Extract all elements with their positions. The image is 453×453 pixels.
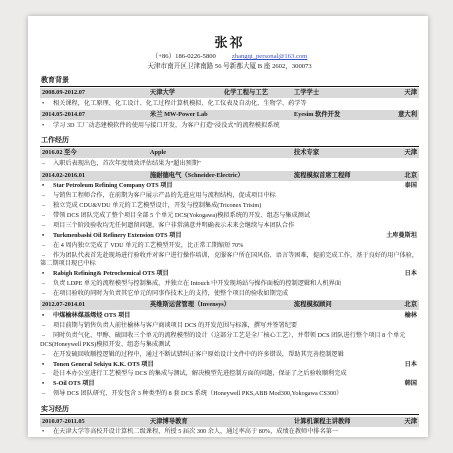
entry-row: 2012.07-2014.01英维斯运营管理（Invensys）流程模拟顾问北京: [40, 300, 419, 310]
entry-location: 天津: [404, 417, 417, 427]
bullet-line: –项目前期与销售负责人前往榆林与客户商谈项目 DCS 的开发范围与标准，撰写并签…: [40, 322, 419, 332]
bullet-line: –入职后表现出色，首次年度绩效评估结果为“超出预期”: [40, 160, 419, 170]
project-location: 榆林: [405, 312, 419, 321]
bullet-icon: •: [40, 312, 53, 321]
bullet-text: 在开发硫回收顺控逻辑的过程中，通过不断试错纠正客户原始设计文件中的许多错误，帮助…: [53, 351, 344, 358]
entry-organization: 施耐德电气（Schneider-Electric）: [150, 171, 244, 181]
project-row: •Tonen General Sekiyu K.K. OTS 项目日本: [40, 360, 419, 370]
bullet-text: 项目三个阶段验收均无任何遗留问题，客户非常满意并明确表示未来会继续与本团队合作: [53, 222, 294, 229]
bullet-icon: •: [40, 270, 53, 279]
entry-date: 2008.09-2012.07: [42, 88, 85, 98]
bullet-icon: •: [40, 380, 53, 389]
entry-organization: 英维斯运营管理（Invensys）: [150, 300, 230, 310]
bullet-icon: –: [40, 322, 53, 331]
entry-organization: Apple: [150, 148, 166, 158]
bullet-icon: •: [40, 361, 53, 370]
project-row: •Rabigh Refining& Petrochemical OTS 项目日本: [40, 270, 419, 280]
contact-line: （+86）186-0226-5800zhangqi_personal@163.c…: [40, 52, 419, 62]
project-location: 泰国: [405, 182, 419, 191]
bullet-icon: –: [40, 290, 53, 299]
bullet-icon: –: [40, 242, 53, 251]
bullet-line: –与销售工程师合作，在前期为客户展示产品的先进应用与流程结构，促成项目中标: [40, 192, 419, 202]
entry-date: 2010.07-2011.05: [42, 417, 85, 427]
entry-organization: 天津博导教育: [150, 417, 188, 427]
bullet-text: 相关课程，化工原理、化工设计、化工过程计算机模拟、化工仪表及自动化、生物学、药学…: [53, 100, 307, 107]
entry-role: 计算机课程主讲教师: [294, 417, 351, 427]
bullet-line: –负责 LDPE 单元的流程模型与控制集成，并独立在 Intouch 中开发现场…: [40, 280, 419, 290]
project-location: 日本: [405, 270, 419, 279]
bullet-line: –在开发硫回收顺控逻辑的过程中，通过不断试错纠正客户原始设计文件中的许多错误，帮…: [40, 350, 419, 360]
entry-location: 天津: [404, 88, 417, 98]
bullet-icon: •: [40, 428, 53, 437]
bullet-icon: –: [40, 351, 53, 360]
entry-location: 天津: [404, 148, 417, 158]
resume-page: 张祁 （+86）186-0226-5800zhangqi_personal@16…: [28, 16, 428, 437]
entry-date: 2014.05-2014.07: [42, 110, 85, 120]
entry-row: 2014.05-2014.07米兰 MW-Power LabEyesim 软件开…: [40, 110, 419, 120]
bullet-line: •学习 3D 工厂动态建模软件的使用与接口开发，为客户打造“浸没式”的流程模拟系…: [40, 121, 419, 131]
entry-location: 北京: [404, 171, 417, 181]
bullet-icon: –: [40, 370, 53, 379]
bullet-text: 领导 DCS 团队研究、开发包含 3 种类型的 8 套 DCS 系统（Honey…: [53, 390, 342, 397]
bullet-line: –领导 DCS 团队研究、开发包含 3 种类型的 8 套 DCS 系统（Hone…: [40, 390, 419, 400]
project-row: •Turkmenbashi Oil Refinery Extension OTS…: [40, 231, 419, 241]
bullet-text: 同时负责气化、甲醇、硫回收三个单元的流程模型的设计（这部分工艺是全厂核心工艺），…: [40, 332, 405, 348]
entry-date: 2016.02 至今: [42, 148, 77, 158]
section-title: 实习经历: [40, 404, 419, 416]
entry-role: 流程模拟首席工程师: [294, 171, 351, 181]
section-title: 教育背景: [40, 75, 419, 87]
project-row: •中煤榆林煤基烯烃 OTS 项目榆林: [40, 312, 419, 322]
bullet-text: 与销售工程师合作，在前期为客户展示产品的先进应用与流程结构，促成项目中标: [53, 192, 276, 199]
bullet-text: 在项目验收的同时为负责其它单元的同事作技术上的支持，使整个项目的验收如期完成: [53, 290, 288, 297]
bullet-line: –项目三个阶段验收均无任何遗留问题，客户非常满意并明确表示未来会继续与本团队合作: [40, 221, 419, 231]
section-title: 工作经历: [40, 135, 419, 147]
project-title: 中煤榆林煤基烯烃 OTS 项目: [53, 312, 405, 321]
email-link[interactable]: zhangqi_personal@163.com: [232, 53, 307, 60]
entry-date: 2012.07-2014.01: [42, 300, 85, 310]
bullet-icon: –: [40, 212, 53, 221]
project-title: Rabigh Refining& Petrochemical OTS 项目: [53, 270, 405, 279]
bullet-text: 学习 3D 工厂动态建模软件的使用与接口开发，为客户打造“浸没式”的流程模拟系统: [53, 122, 280, 129]
bullet-text: 带领 DCS 团队完成了整个项目全部 5 个单元 DCS(Yokogawa)模拟…: [53, 212, 310, 219]
resume-section: 教育背景2008.09-2012.07天津大学化学工程与工艺工学学士天津•相关课…: [40, 75, 419, 131]
bullet-icon: –: [40, 280, 53, 289]
bullet-text: 在天津大学等高校开设计算机二级课程，所授 5 届次 300 余人，通过率高于 8…: [53, 428, 338, 435]
bullet-line: –独立完成 CDU&VDU 单元的工艺模型设计，开发与控制集成(Triconex…: [40, 202, 419, 212]
resume-sections: 教育背景2008.09-2012.07天津大学化学工程与工艺工学学士天津•相关课…: [40, 75, 419, 438]
resume-section: 工作经历2016.02 至今Apple技术专家天津–入职后表现出色，首次年度绩效…: [40, 135, 419, 399]
project-location: 韩国: [405, 380, 419, 389]
bullet-text: 入职后表现出色，首次年度绩效评估结果为“超出预期”: [53, 160, 201, 167]
bullet-line: •相关课程，化工原理、化工设计、化工过程计算机模拟、化工仪表及自动化、生物学、药…: [40, 99, 419, 109]
project-title: Star Petroleum Refining Company OTS 项目: [53, 182, 405, 191]
entry-role: 技术专家: [294, 148, 319, 158]
bullet-text: 独立完成 CDU&VDU 单元的工艺模型设计，开发与控制集成(Triconex …: [53, 202, 261, 209]
bullet-icon: –: [40, 390, 53, 399]
entry-role: 流程模拟顾问: [294, 300, 332, 310]
bullet-icon: –: [40, 202, 53, 211]
bullet-icon: –: [40, 192, 53, 201]
bullet-line: –同时负责气化、甲醇、硫回收三个单元的流程模型的设计（这部分工艺是全厂核心工艺）…: [40, 331, 419, 350]
project-title: Turkmenbashi Oil Refinery Extension OTS …: [53, 232, 386, 241]
project-title: S-Oil OTS 项目: [53, 380, 405, 389]
entry-major: 化学工程与工艺: [224, 88, 268, 98]
entry-row: 2010.07-2011.05天津博导教育计算机课程主讲教师天津: [40, 417, 419, 427]
address-line: 天津市南开区卫津南路 56 号新都大厦 B 座 2602，300073: [40, 62, 419, 72]
bullet-text: 项目前期与销售负责人前往榆林与客户商谈项目 DCS 的开发范围与标准，撰写并签署…: [53, 322, 297, 329]
entry-organization: 天津大学: [150, 88, 175, 98]
bullet-text: 负责 LDPE 单元的流程模型与控制集成，并独立在 Intouch 中开发现场站…: [53, 280, 341, 287]
entry-role: Eyesim 软件开发: [294, 110, 340, 120]
entry-row: 2014.02-2016.01施耐德电气（Schneider-Electric）…: [40, 171, 419, 181]
entry-organization: 米兰 MW-Power Lab: [150, 110, 208, 120]
bullet-text: 在 4 周内独立完成了 VDU 单元的工艺模型开发，比正常工期缩短 70%: [53, 242, 243, 249]
bullet-icon: –: [40, 332, 53, 341]
entry-location: 意大利: [398, 110, 417, 120]
bullet-icon: •: [40, 100, 53, 109]
entry-location: 北京: [404, 300, 417, 310]
bullet-text: 赴日本办公室进行工艺模型与 DCS 的集成与测试，解决模型先进控制方面的问题，保…: [53, 370, 347, 377]
project-title: Tonen General Sekiyu K.K. OTS 项目: [53, 361, 405, 370]
bullet-line: –赴日本办公室进行工艺模型与 DCS 的集成与测试，解决模型先进控制方面的问题，…: [40, 370, 419, 380]
bullet-icon: –: [40, 160, 53, 169]
entry-role: 工学学士: [294, 88, 319, 98]
project-location: 日本: [405, 361, 419, 370]
bullet-icon: –: [40, 222, 53, 231]
bullet-line: –在项目验收的同时为负责其它单元的同事作技术上的支持，使整个项目的验收如期完成: [40, 289, 419, 299]
bullet-icon: •: [40, 232, 53, 241]
phone-number: （+86）186-0226-5800: [152, 53, 216, 60]
bullet-line: –带领 DCS 团队完成了整个项目全部 5 个单元 DCS(Yokogawa)模…: [40, 211, 419, 221]
project-row: •S-Oil OTS 项目韩国: [40, 380, 419, 390]
candidate-name: 张祁: [40, 36, 419, 50]
entry-row: 2008.09-2012.07天津大学化学工程与工艺工学学士天津: [40, 88, 419, 98]
bullet-icon: •: [40, 182, 53, 191]
project-row: •Star Petroleum Refining Company OTS 项目泰…: [40, 182, 419, 192]
bullet-icon: •: [40, 122, 53, 131]
bullet-line: –在 4 周内独立完成了 VDU 单元的工艺模型开发，比正常工期缩短 70%: [40, 241, 419, 251]
project-location: 土库曼斯坦: [386, 232, 419, 241]
entry-row: 2016.02 至今Apple技术专家天津: [40, 148, 419, 158]
bullet-line: •在天津大学等高校开设计算机二级课程，所授 5 届次 300 余人，通过率高于 …: [40, 428, 419, 438]
resume-section: 实习经历2010.07-2011.05天津博导教育计算机课程主讲教师天津•在天津…: [40, 404, 419, 438]
entry-date: 2014.02-2016.01: [42, 171, 85, 181]
bullet-text: 作为团队代表首先赴现场进行验收并对客户进行操作培训，克服客户所在国风俗、语言等困…: [40, 252, 418, 268]
bullet-line: –作为团队代表首先赴现场进行验收并对客户进行操作培训，克服客户所在国风俗、语言等…: [40, 251, 419, 270]
